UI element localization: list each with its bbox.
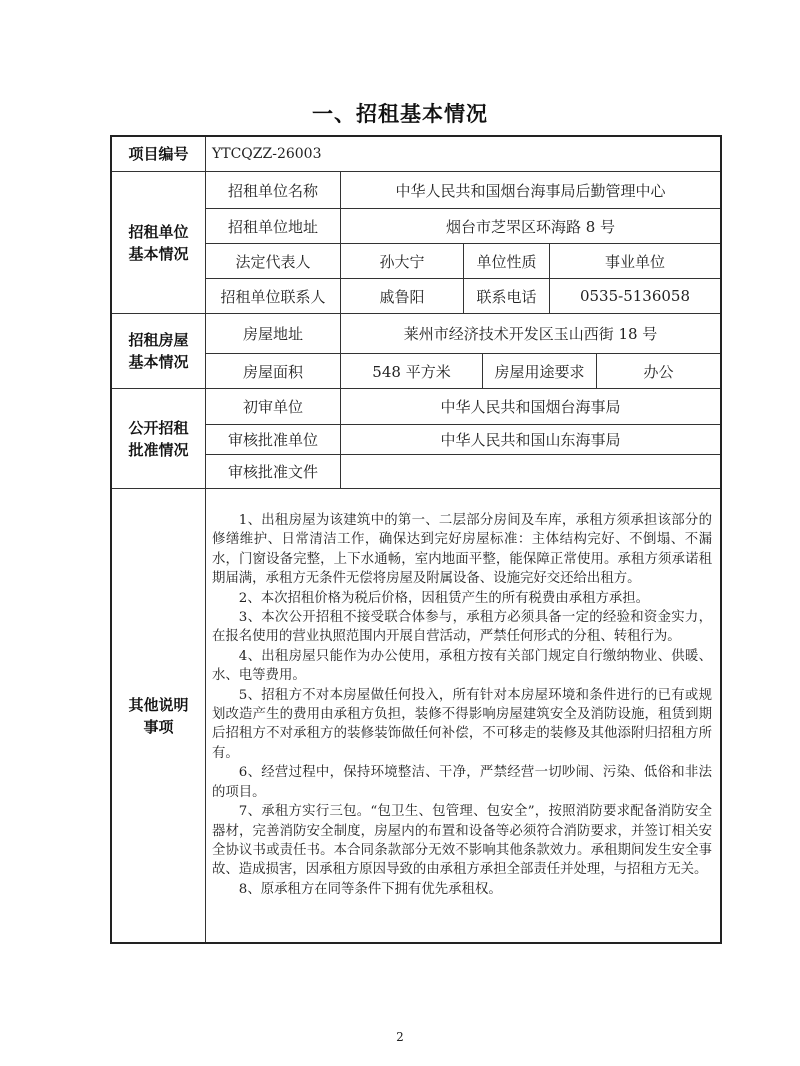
approver-unit-value: 中华人民共和国山东海事局 [341,425,720,454]
property-section-label-line1: 招租房屋 [128,329,188,351]
approval-section-label-line1: 公开招租 [128,417,188,439]
notes-content: 1、出租房屋为该建筑中的第一、二层部分房间及车库，承租方须承担该部分的修缮维护、… [206,489,720,942]
property-address-value: 莱州市经济技术开发区玉山西街 18 号 [341,314,720,353]
property-address-label: 房屋地址 [206,314,340,353]
phone-label: 联系电话 [464,279,549,313]
note-item: 3、本次公开招租不接受联合体参与，承租方必须具备一定的经验和资金实力，在报名使用… [212,608,712,647]
approval-doc-value [341,455,720,488]
note-item: 7、承租方实行三包。“包卫生、包管理、包安全”，按照消防要求配备消防安全器材，完… [212,802,712,880]
lessor-section-label-line1: 招租单位 [128,221,188,243]
approval-doc-label: 审核批准文件 [206,455,340,488]
lessor-section-label: 招租单位 基本情况 [112,172,205,313]
project-no-label: 项目编号 [112,137,205,171]
approver-unit-label: 审核批准单位 [206,425,340,454]
lessor-name-label: 招租单位名称 [206,172,340,208]
approval-section-label: 公开招租 批准情况 [112,389,205,488]
note-item: 5、招租方不对本房屋做任何投入，所有针对本房屋环境和条件进行的已有或规划改造产生… [212,686,712,764]
note-item: 6、经营过程中，保持环境整洁、干净，严禁经营一切吵闹、污染、低俗和非法的项目。 [212,763,712,802]
note-item: 4、出租房屋只能作为办公使用，承租方按有关部门规定自行缴纳物业、供暖、水、电等费… [212,647,712,686]
unit-type-label: 单位性质 [464,244,549,278]
contact-label: 招租单位联系人 [206,279,340,313]
approval-section-label-line2: 批准情况 [128,439,188,461]
note-item: 2、本次招租价格为税后价格，因租赁产生的所有税费由承租方承担。 [212,589,712,608]
page-title: 一、招租基本情况 [0,98,800,128]
note-item: 8、原承租方在同等条件下拥有优先承租权。 [212,880,712,899]
rental-info-table: 项目编号 YTCQZZ-26003 招租单位 基本情况 招租单位名称 中华人民共… [110,135,722,944]
lessor-name-value: 中华人民共和国烟台海事局后勤管理中心 [341,172,720,208]
page-number: 2 [0,1030,800,1044]
lessor-section-label-line2: 基本情况 [128,243,188,265]
preliminary-unit-label: 初审单位 [206,389,340,424]
property-usage-label: 房屋用途要求 [483,354,596,388]
note-item: 1、出租房屋为该建筑中的第一、二层部分房间及车库，承租方须承担该部分的修缮维护、… [212,511,712,589]
property-area-value: 548 平方米 [341,354,482,388]
notes-section-label-line1: 其他说明 [128,694,188,716]
project-no-value: YTCQZZ-26003 [206,137,720,171]
lessor-address-value: 烟台市芝罘区环海路 8 号 [341,209,720,243]
legal-rep-label: 法定代表人 [206,244,340,278]
legal-rep-value: 孙大宁 [341,244,463,278]
preliminary-unit-value: 中华人民共和国烟台海事局 [341,389,720,424]
lessor-address-label: 招租单位地址 [206,209,340,243]
property-area-label: 房屋面积 [206,354,340,388]
phone-value: 0535-5136058 [550,279,720,313]
property-section-label: 招租房屋 基本情况 [112,314,205,388]
notes-section-label: 其他说明 事项 [112,489,205,942]
unit-type-value: 事业单位 [550,244,720,278]
property-usage-value: 办公 [597,354,720,388]
contact-value: 戚鲁阳 [341,279,463,313]
property-section-label-line2: 基本情况 [128,351,188,373]
notes-section-label-line2: 事项 [143,716,173,738]
